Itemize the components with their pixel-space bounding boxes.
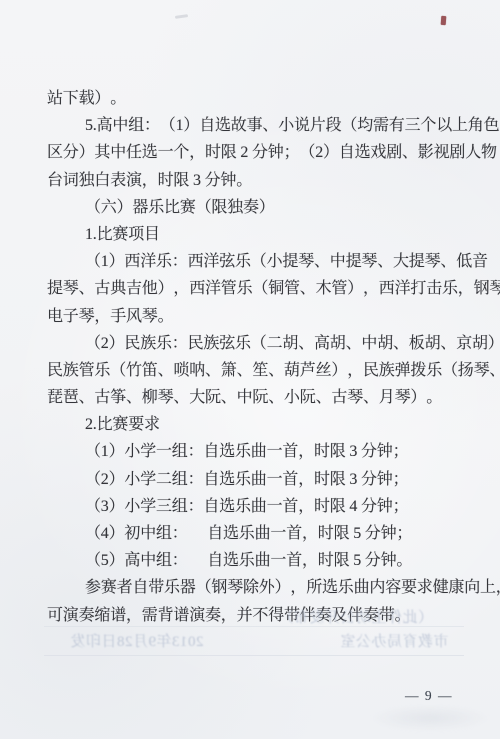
document-line: 站下载）。: [47, 85, 490, 112]
document-line: 电子琴，手风琴。: [47, 303, 490, 330]
bleedthrough-divider-bottom: [44, 655, 464, 656]
red-ink-mark: [441, 16, 447, 25]
document-line: 参赛者自带乐器（钢琴除外），所选乐曲内容要求健康向上，: [47, 574, 490, 601]
bleedthrough-issuer-text: 市教育局办公室: [340, 634, 449, 650]
page-number: — 9 —: [405, 688, 453, 704]
scanned-document-page: 站下载）。 5.高中组：（1）自选故事、小说片段（均需有三个以上角色 区分）其中…: [0, 0, 500, 739]
document-line: 琵琶、古筝、柳琴、大阮、中阮、小阮、古琴、月琴）。: [47, 384, 490, 411]
document-line: （2）小学二组：自选乐曲一首，时限 3 分钟；: [47, 466, 490, 493]
bleedthrough-notice-text: （此件主动公开发布）: [278, 610, 433, 626]
document-line: （2）民族乐：民族弦乐（二胡、高胡、中胡、板胡、京胡），: [47, 330, 490, 357]
scan-dash-artifact: [175, 14, 188, 19]
document-line: 提琴、古典吉他），西洋管乐（铜管、木管），西洋打击乐，钢琴 ，: [47, 275, 490, 302]
document-line: 1.比赛项目: [47, 221, 490, 248]
document-line: （1）西洋乐：西洋弦乐（小提琴、中提琴、大提琴、低音: [47, 248, 490, 275]
document-body: 站下载）。 5.高中组：（1）自选故事、小说片段（均需有三个以上角色 区分）其中…: [47, 85, 490, 629]
document-line: 5.高中组：（1）自选故事、小说片段（均需有三个以上角色: [47, 112, 490, 139]
paper-smudge: [370, 705, 490, 731]
document-line: 台词独白表演，时限 3 分钟。: [47, 167, 490, 194]
document-line: 区分）其中任选一个，时限 2 分钟；（2）自选戏剧、影视剧人物: [47, 139, 490, 166]
bleedthrough-divider-top: [44, 626, 464, 627]
document-line: （4）初中组： 自选乐曲一首，时限 5 分钟；: [47, 520, 490, 547]
document-line: （1）小学一组：自选乐曲一首，时限 3 分钟；: [47, 438, 490, 465]
document-line: （5）高中组： 自选乐曲一首，时限 5 分钟。: [47, 547, 490, 574]
bleedthrough-date-text: 2013年9月28日印发: [70, 634, 204, 650]
document-line: 民族管乐（竹笛、唢呐、箫、笙、葫芦丝），民族弹拨乐（扬琴、: [47, 357, 490, 384]
document-section-heading: （六）器乐比赛（限独奏）: [47, 194, 490, 221]
document-line: （3）小学三组：自选乐曲一首，时限 4 分钟；: [47, 493, 490, 520]
document-line: 2.比赛要求: [47, 411, 490, 438]
